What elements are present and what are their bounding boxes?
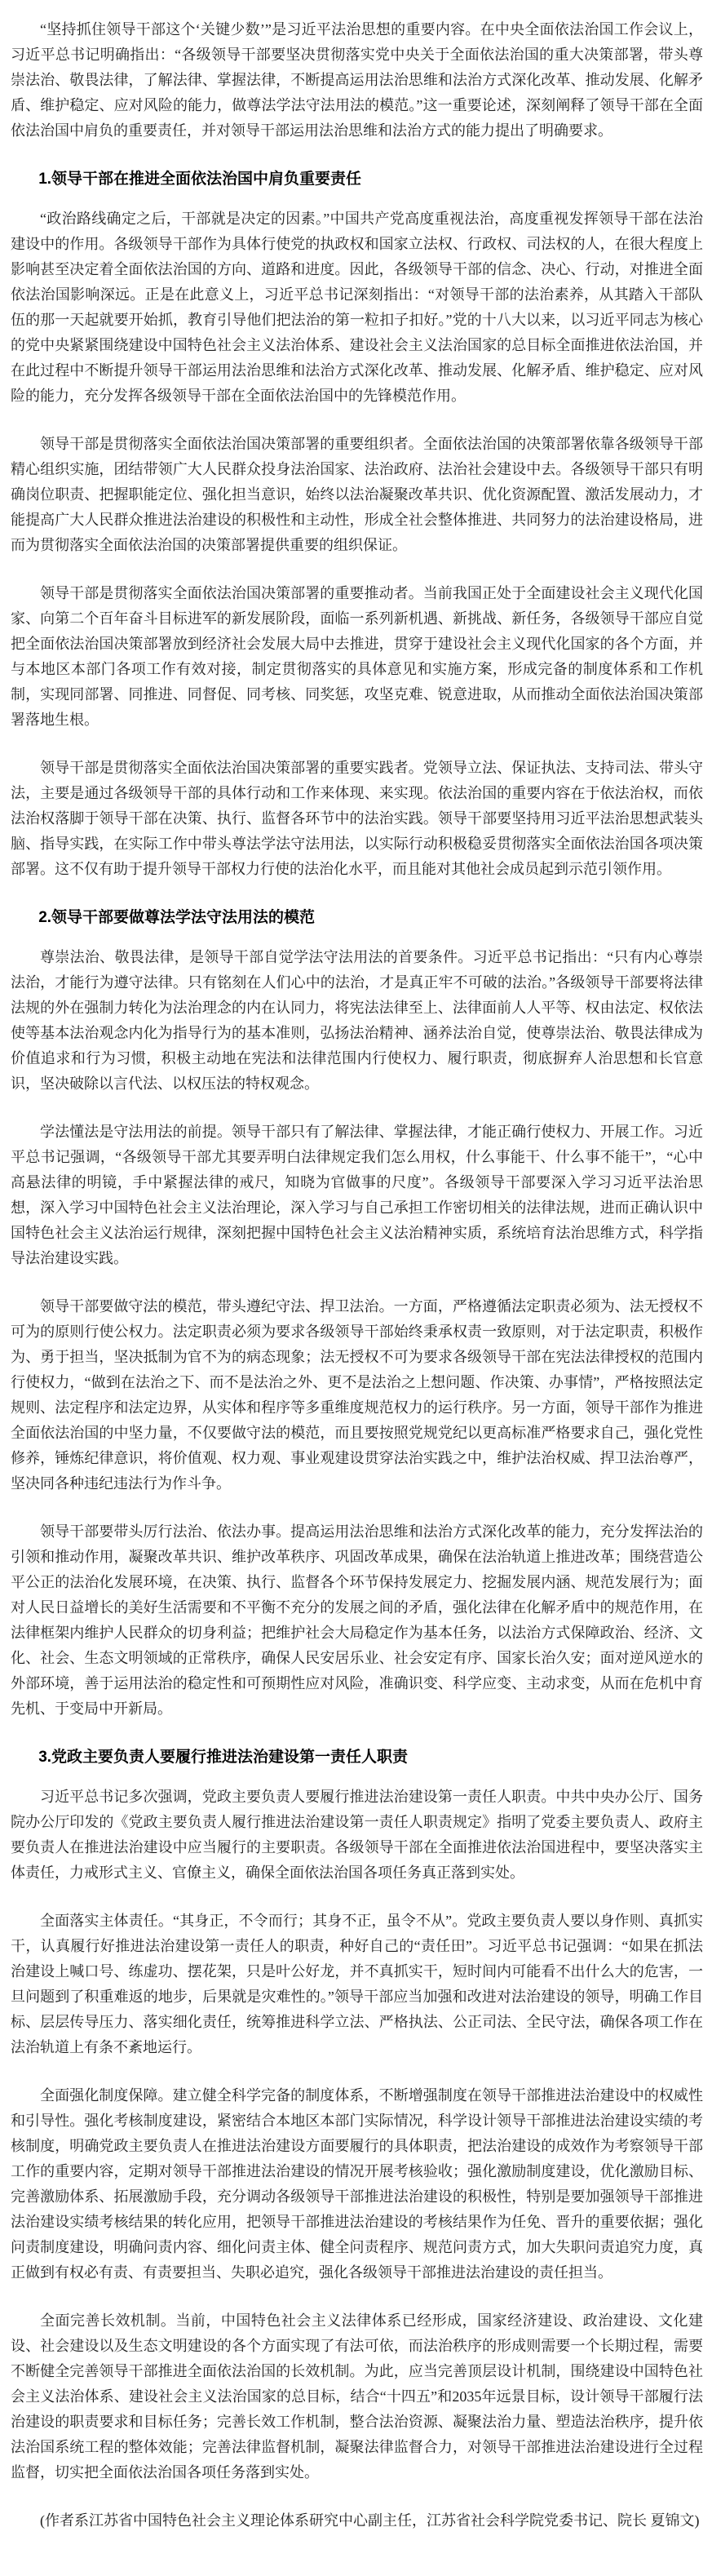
section-3-heading: 3.党政主要负责人要履行推进法治建设第一责任人职责	[11, 1745, 703, 1770]
section-2-paragraph-3: 领导干部要做守法的模范，带头遵纪守法、捍卫法治。一方面，严格遵循法定职责必须为、…	[11, 1294, 703, 1496]
section-3-paragraph-3: 全面强化制度保障。建立健全科学完备的制度体系，不断增强制度在领导干部推进法治建设…	[11, 2083, 703, 2286]
section-1-paragraph-4: 领导干部是贯彻落实全面依法治国决策部署的重要实践者。党领导立法、保证执法、支持司…	[11, 756, 703, 882]
section-2-paragraph-2: 学法懂法是守法用法的前提。领导干部只有了解法律、掌握法律，才能正确行使权力、开展…	[11, 1120, 703, 1271]
section-2-paragraph-4: 领导干部要带头厉行法治、依法办事。提高运用法治思维和法治方式深化改革的能力，充分…	[11, 1519, 703, 1722]
section-1-paragraph-2: 领导干部是贯彻落实全面依法治国决策部署的重要组织者。全面依法治国的决策部署依靠各…	[11, 432, 703, 558]
section-1-paragraph-1: “政治路线确定之后，干部就是决定的因素。”中国共产党高度重视法治，高度重视发挥领…	[11, 206, 703, 409]
intro-paragraph: “坚持抓住领导干部这个‘关键少数’”是习近平法治思想的重要内容。在中央全面依法治…	[11, 17, 703, 144]
author-note: (作者系江苏省中国特色社会主义理论体系研究中心副主任，江苏省社会科学院党委书记、…	[11, 2508, 703, 2534]
section-3-paragraph-1: 习近平总书记多次强调，党政主要负责人要履行推进法治建设第一责任人职责。中共中央办…	[11, 1785, 703, 1886]
section-1-heading: 1.领导干部在推进全面依法治国中肩负重要责任	[11, 166, 703, 192]
article-page: “坚持抓住领导干部这个‘关键少数’”是习近平法治思想的重要内容。在中央全面依法治…	[0, 0, 712, 2576]
section-3-paragraph-2: 全面落实主体责任。“其身正，不令而行；其身不正，虽令不从”。党政主要负责人要以身…	[11, 1909, 703, 2060]
section-2-paragraph-1: 尊崇法治、敬畏法律，是领导干部自觉学法守法用法的首要条件。习近平总书记指出：“只…	[11, 945, 703, 1097]
section-2-heading: 2.领导干部要做尊法学法守法用法的模范	[11, 905, 703, 930]
section-1-paragraph-3: 领导干部是贯彻落实全面依法治国决策部署的重要推动者。当前我国正处于全面建设社会主…	[11, 581, 703, 733]
section-3-paragraph-4: 全面完善长效机制。当前，中国特色社会主义法律体系已经形成，国家经济建设、政治建设…	[11, 2308, 703, 2485]
